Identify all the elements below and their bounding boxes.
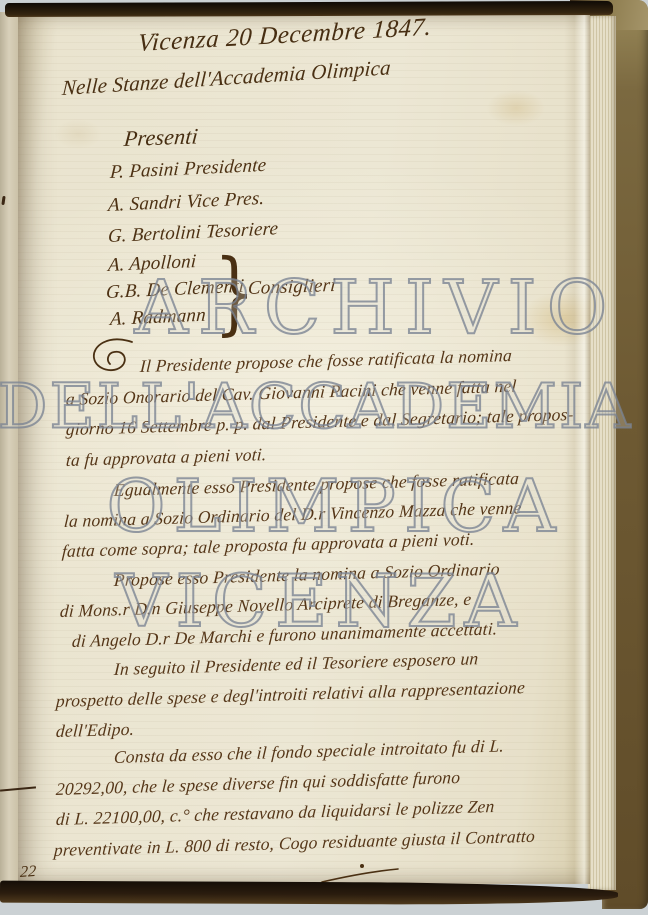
councillors-label: Consiglieri <box>247 275 336 300</box>
attendee-row: A. Apolloni <box>107 251 197 277</box>
page-number: 22 <box>20 863 37 882</box>
flourish-icon <box>88 336 140 380</box>
attendee-row: A. Sandri Vice Pres. <box>107 188 265 217</box>
body-line: dell'Edipo. <box>55 719 135 742</box>
attendee-row: P. Pasini Presidente <box>109 155 267 184</box>
body-line: prospetto delle spese e degl'introiti re… <box>55 677 525 712</box>
underlying-page-edges <box>588 16 616 890</box>
body-line: Propose esso Presidente la nomina a Sozi… <box>113 559 500 591</box>
gutter-page-sliver <box>0 12 20 888</box>
body-line: giorno 16 Settembre p. p. dal Presidente… <box>65 404 574 440</box>
scanned-manuscript-photo: { "page": { "number": "22", "heading": {… <box>0 0 648 915</box>
body-line: la nomina a Sozio Ordinario del D.r Vinc… <box>63 497 522 532</box>
body-line: Il Presidente propose che fosse ratifica… <box>139 345 512 377</box>
attendance-title: Presenti <box>123 123 199 152</box>
attendee-row: A. Radmann <box>109 305 206 331</box>
page-block-bottom-edge <box>0 881 618 906</box>
body-line: di L. 22100,00, c.° che restavano da liq… <box>55 796 495 830</box>
body-line: fatta come sopra; tale proposta fu appro… <box>61 529 475 562</box>
body-line: di Angelo D.r De Marchi e furono unanima… <box>71 618 498 652</box>
dateline: Vicenza 20 Decembre 1847. <box>137 14 432 58</box>
body-line: ta fu approvata a pieni voti. <box>65 444 267 471</box>
body-line: 20292,00, che le spese diverse fin qui s… <box>55 767 460 800</box>
manuscript-page: Vicenza 20 Decembre 1847. Nelle Stanze d… <box>18 14 590 884</box>
body-line: a Sozio Onorario del Cav. Giovanni Pacin… <box>65 376 517 410</box>
body-line: Consta da esso che il fondo speciale int… <box>113 735 504 768</box>
body-line: preventivate in L. 800 di resto, Cogo re… <box>53 826 535 861</box>
body-line: di Mons.r D.n Giuseppe Novello Arciprete… <box>59 589 472 622</box>
body-line: Egualmente esso Presidente propose che f… <box>113 468 519 501</box>
body-line: In seguito il Presidente ed il Tesoriere… <box>113 648 479 680</box>
end-mark-icon <box>318 862 402 884</box>
location-line: Nelle Stanze dell'Accademia Olimpica <box>61 55 391 101</box>
page-block-top-edge <box>5 1 613 17</box>
